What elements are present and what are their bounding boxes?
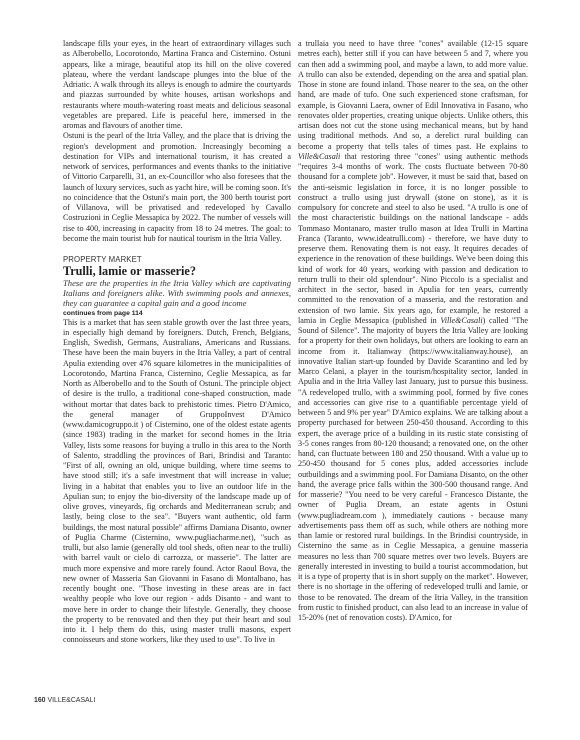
continues-from-label: continues from page 114 [63, 309, 291, 318]
article-headline: Trulli, lamie or masserie? [63, 265, 291, 278]
magazine-title: VILLE&CASALI [48, 697, 96, 704]
page-number: 160 [34, 697, 46, 704]
left-column: landscape fills your eyes, in the heart … [63, 39, 291, 646]
right-column: a trullaia you need to have three "cones… [298, 39, 528, 623]
body-text-part-3: ) called "The Sound of Silence". The maj… [298, 316, 528, 622]
magazine-name-italic: Ville&Casali [440, 316, 482, 325]
page-footer: 160VILLE&CASALI [34, 697, 95, 704]
body-text-part-2: that restoring three "cones" using authe… [298, 152, 528, 325]
article-body-left: This is a market that has seen stable gr… [63, 318, 291, 646]
intro-paragraph-2: Ostuni is the pearl of the Itria Valley,… [63, 131, 291, 244]
intro-paragraph-1: landscape fills your eyes, in the heart … [63, 39, 291, 131]
body-text-part-1: a trullaia you need to have three "cones… [298, 39, 528, 151]
article-standfirst: These are the properties in the Itria Va… [63, 278, 291, 309]
magazine-page: landscape fills your eyes, in the heart … [0, 0, 580, 740]
article-body-right: a trullaia you need to have three "cones… [298, 39, 528, 623]
magazine-name-italic: Ville&Casali [298, 152, 340, 161]
